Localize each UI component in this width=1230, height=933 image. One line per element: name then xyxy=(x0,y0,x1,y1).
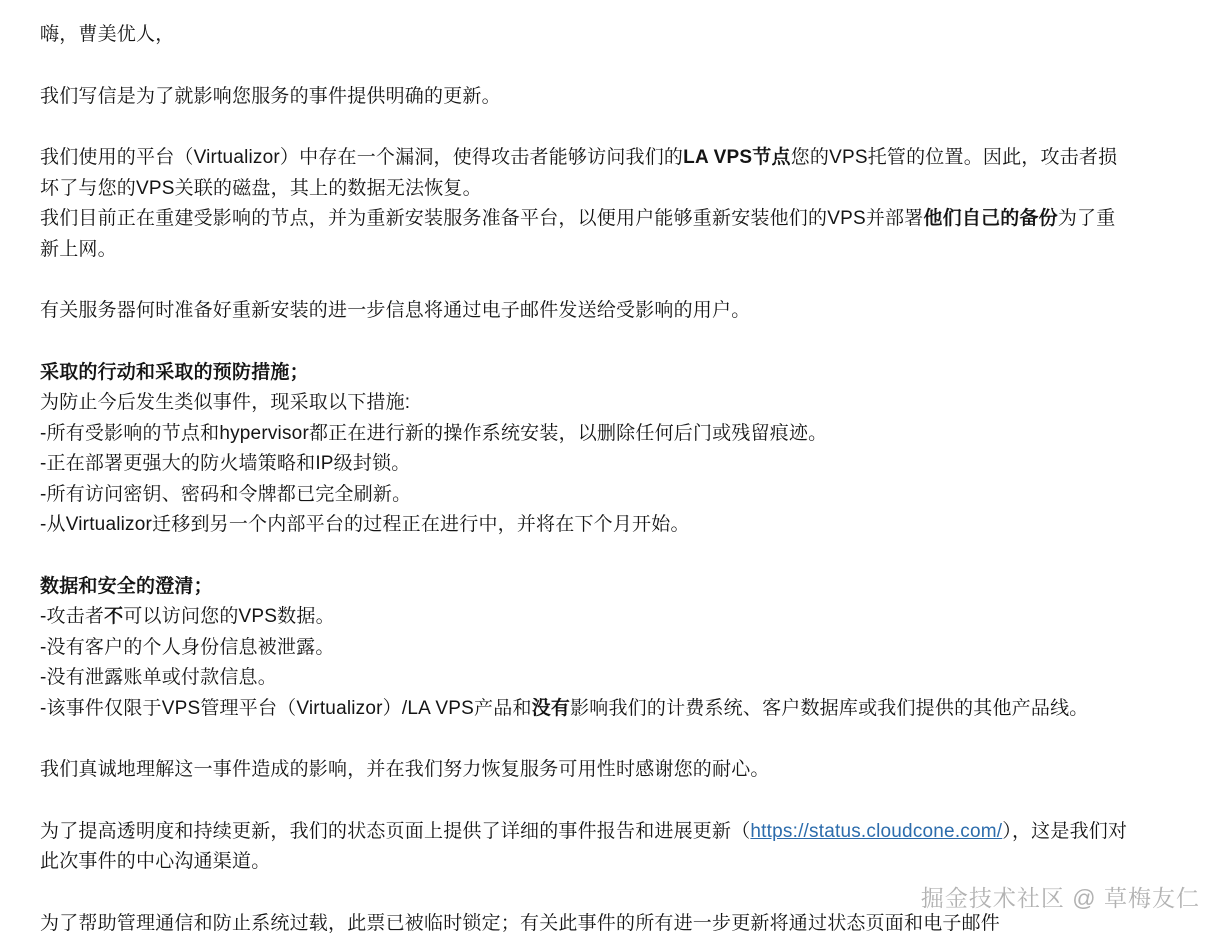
paragraph-incident-description: 我们使用的平台（Virtualizor）中存在一个漏洞，使得攻击者能够访问我们的… xyxy=(40,143,1128,265)
text-run: 我们真诚地理解这一事件造成的影响，并在我们努力恢复服务可用性时感谢您的耐心。 xyxy=(40,759,770,780)
paragraph-greeting: 嗨，曹美优人， xyxy=(40,20,1128,51)
text-run: 可以访问您的VPS数据。 xyxy=(123,606,334,627)
text-run: -所有受影响的节点和hypervisor都正在进行新的操作系统安装，以删除任何后… xyxy=(40,423,827,444)
text-run: 为防止今后发生类似事件，现采取以下措施: xyxy=(40,392,410,413)
text-run: 为了帮助管理通信和防止系统过载，此票已被临时锁定；有关此事件的所有进一步更新将通… xyxy=(40,913,1000,933)
text-run: 我们写信是为了就影响您服务的事件提供明确的更新。 xyxy=(40,86,501,107)
bold-text: 采取的行动和采取的预防措施； xyxy=(40,362,309,383)
paragraph-intro: 我们写信是为了就影响您服务的事件提供明确的更新。 xyxy=(40,82,1128,113)
email-body: 嗨，曹美优人，我们写信是为了就影响您服务的事件提供明确的更新。我们使用的平台（V… xyxy=(0,0,1128,933)
paragraph-ticket-locked-notice: 为了帮助管理通信和防止系统过载，此票已被临时锁定；有关此事件的所有进一步更新将通… xyxy=(40,909,1128,933)
bold-text: LA VPS节点 xyxy=(683,147,791,168)
text-run: 嗨，曹美优人， xyxy=(40,24,174,45)
text-run: 影响我们的计费系统、客户数据库或我们提供的其他产品线。 xyxy=(570,698,1088,719)
text-run: 我们目前正在重建受影响的节点，并为重新安装服务准备平台，以便用户能够重新安装他们… xyxy=(40,208,923,229)
text-run: -该事件仅限于VPS管理平台（Virtualizor）/LA VPS产品和 xyxy=(40,698,532,719)
paragraph-actions-taken: 采取的行动和采取的预防措施；为防止今后发生类似事件，现采取以下措施:-所有受影响… xyxy=(40,358,1128,541)
text-run: 为了提高透明度和持续更新，我们的状态页面上提供了详细的事件报告和进展更新（ xyxy=(40,821,750,842)
paragraph-reinstall-notice: 有关服务器何时准备好重新安装的进一步信息将通过电子邮件发送给受影响的用户。 xyxy=(40,296,1128,327)
status-page-link[interactable]: https://status.cloudcone.com/ xyxy=(750,821,1002,842)
bold-text: 数据和安全的澄清； xyxy=(40,576,213,597)
bold-text: 他们自己的备份 xyxy=(923,208,1057,229)
paragraph-data-security-clarification: 数据和安全的澄清；-攻击者不可以访问您的VPS数据。-没有客户的个人身份信息被泄… xyxy=(40,572,1128,725)
text-run: 有关服务器何时准备好重新安装的进一步信息将通过电子邮件发送给受影响的用户。 xyxy=(40,300,750,321)
paragraph-status-page-info: 为了提高透明度和持续更新，我们的状态页面上提供了详细的事件报告和进展更新（htt… xyxy=(40,817,1128,878)
text-run: 我们使用的平台（Virtualizor）中存在一个漏洞，使得攻击者能够访问我们的 xyxy=(40,147,683,168)
text-run: -攻击者 xyxy=(40,606,104,627)
text-run: -正在部署更强大的防火墙策略和IP级封锁。 xyxy=(40,453,410,474)
paragraph-apology: 我们真诚地理解这一事件造成的影响，并在我们努力恢复服务可用性时感谢您的耐心。 xyxy=(40,755,1128,786)
text-run: -从Virtualizor迁移到另一个内部平台的过程正在进行中，并将在下个月开始… xyxy=(40,514,690,535)
text-run: -没有客户的个人身份信息被泄露。 xyxy=(40,637,335,658)
bold-text: 不 xyxy=(104,606,123,627)
text-run: -没有泄露账单或付款信息。 xyxy=(40,667,277,688)
text-run: -所有访问密钥、密码和令牌都已完全刷新。 xyxy=(40,484,411,505)
bold-text: 没有 xyxy=(532,698,570,719)
